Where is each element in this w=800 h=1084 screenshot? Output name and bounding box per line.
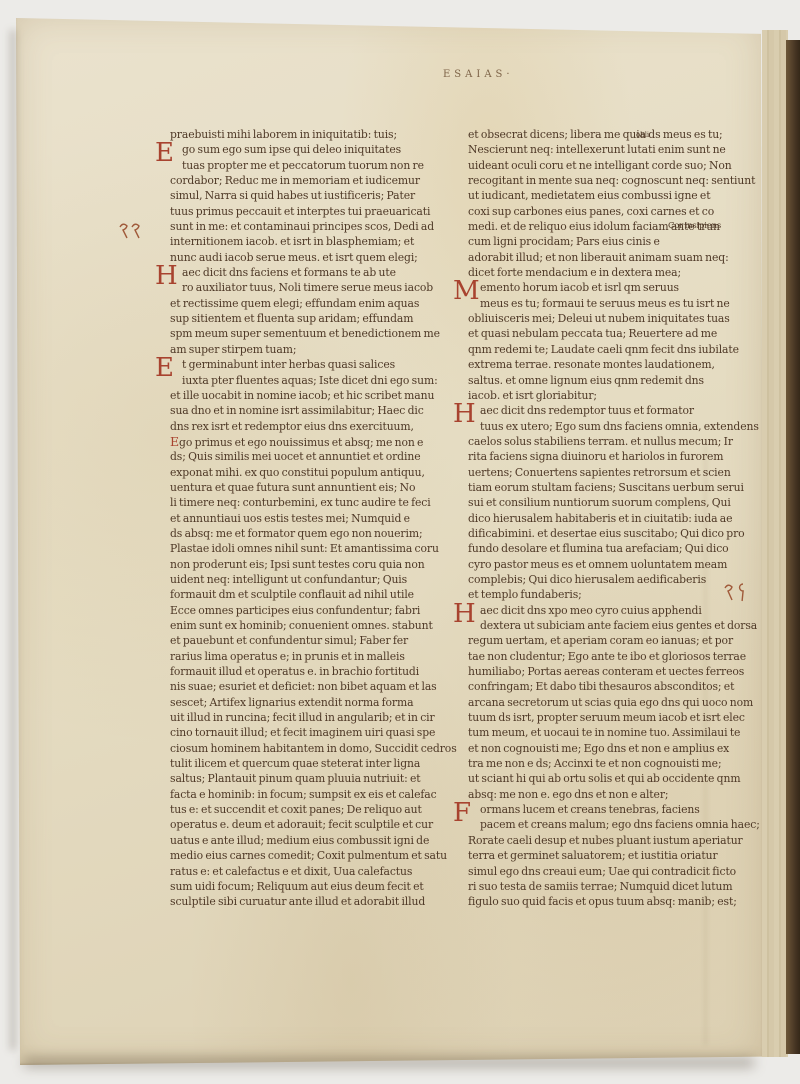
text-line: ut sciant hi qui ab ortu solis et qui ab…: [468, 771, 766, 786]
line-text: saltus. et omne lignum eius qnm redemit …: [468, 373, 704, 388]
text-line: caelos solus stabiliens terram. et nullu…: [468, 434, 766, 449]
line-text: internitionem iacob. et isrt in blasphem…: [170, 234, 414, 249]
line-text: tra me non e ds; Accinxi te et non cogno…: [468, 756, 722, 771]
line-text: Nescierunt neq: intellexerunt lutati eni…: [468, 142, 726, 157]
parchment-crease: [704, 445, 707, 1045]
text-line: confringam; Et dabo tibi thesauros absco…: [468, 679, 766, 694]
line-text: sui et consilium nuntiorum suorum comple…: [468, 495, 731, 510]
text-line: dificabimini. et desertae eius suscitabo…: [468, 526, 766, 541]
text-line: non proderunt eis; Ipsi sunt testes coru…: [170, 557, 468, 572]
manuscript-page: ESAIAS· praebuisti mihi laborem in iniqu…: [14, 15, 764, 1065]
line-text: tuus primus peccauit et interptes tui pr…: [170, 204, 430, 219]
column-right: et obsecrat dicens; libera me quia ds me…: [468, 127, 766, 910]
text-line: cino tornauit illud; et fecit imaginem u…: [170, 725, 468, 740]
text-line: iuxta pter fluentes aquas; Iste dicet dn…: [170, 373, 468, 388]
line-text: arcana secretorum ut scias quia ego dns …: [468, 695, 753, 710]
text-line: uideant oculi coru et ne intelligant cor…: [468, 158, 766, 173]
text-line: spm meum super sementuum et benedictione…: [170, 326, 468, 341]
text-line: uident neq: intelligunt ut confundantur;…: [170, 572, 468, 587]
text-line: li timere neq: conturbemini, ex tunc aud…: [170, 495, 468, 510]
line-text: ds absq: me et formator quem ego non nou…: [170, 526, 423, 541]
text-line: tuas propter me et peccatorum tuorum non…: [170, 158, 468, 173]
line-text: emento horum iacob et isrl qm seruus: [480, 280, 679, 295]
text-line: obliuisceris mei; Deleui ut nubem iniqui…: [468, 311, 766, 326]
line-text: dextera ut subiciam ante faciem eius gen…: [480, 618, 757, 633]
quire-mark-icon: [722, 581, 752, 603]
text-line: medio eius carnes comedit; Coxit pulment…: [170, 848, 468, 863]
text-line: arcana secretorum ut scias quia ego dns …: [468, 695, 766, 710]
text-line: dextera ut subiciam ante faciem eius gen…: [468, 618, 766, 633]
line-text: fundo desolare et flumina tua arefaciam;…: [468, 541, 729, 556]
line-text: tulit ilicem et quercum quae steterat in…: [170, 756, 420, 771]
text-line: regum uertam, et aperiam coram eo ianuas…: [468, 633, 766, 648]
line-text: nunc audi iacob serue meus. et isrt quem…: [170, 250, 418, 265]
text-line: tra me non e ds; Accinxi te et non cogno…: [468, 756, 766, 771]
text-line: facta e hominib: in focum; sumpsit ex ei…: [170, 787, 468, 802]
text-line: nunc audi iacob serue meus. et isrt quem…: [170, 250, 468, 265]
text-line: et obsecrat dicens; libera me quia ds me…: [468, 127, 766, 142]
photo-background: ESAIAS· praebuisti mihi laborem in iniqu…: [0, 0, 800, 1084]
line-text: sescet; Artifex lignarius extendit norma…: [170, 695, 413, 710]
line-text: uident neq: intelligunt ut confundantur;…: [170, 572, 407, 587]
line-text: meus es tu; formaui te seruus meus es tu…: [480, 296, 730, 311]
line-text: terra et germinet saluatorem; et iustiti…: [468, 848, 718, 863]
line-text: am super stirpem tuam;: [170, 342, 296, 357]
line-text: formauit illud et operatus e. in brachio…: [170, 664, 419, 679]
text-line: simul, Narra si quid habes ut iustificer…: [170, 188, 468, 203]
text-line: uertens; Conuertens sapientes retrorsum …: [468, 465, 766, 480]
text-line: sua dno et in nomine isrt assimilabitur;…: [170, 403, 468, 418]
line-text: tiam eorum stultam faciens; Suscitans ue…: [468, 480, 744, 495]
text-line: tae non cludentur; Ego ante te ibo et gl…: [468, 649, 766, 664]
text-line: formauit illud et operatus e. in brachio…: [170, 664, 468, 679]
line-text: simul, Narra si quid habes ut iustificer…: [170, 188, 415, 203]
line-text: saltus; Plantauit pinum quam pluuia nutr…: [170, 771, 421, 786]
line-text: spm meum super sementuum et benedictione…: [170, 326, 440, 341]
line-text: medio eius carnes comedit; Coxit pulment…: [170, 848, 447, 863]
text-line: rita faciens signa diuinoru et hariolos …: [468, 449, 766, 464]
text-line: tuus ex utero; Ego sum dns faciens omnia…: [468, 419, 766, 434]
line-text: Plastae idoli omnes nihil sunt: Et amant…: [170, 541, 439, 556]
line-text: Rorate caeli desup et nubes pluant iustu…: [468, 833, 743, 848]
line-text: aec dicit dns xpo meo cyro cuius apphend…: [480, 603, 702, 618]
text-line: Ecce omnes participes eius confundentur;…: [170, 603, 468, 618]
line-text: qnm redemi te; Laudate caeli qnm fecit d…: [468, 342, 739, 357]
text-line: ds absq: me et formator quem ego non nou…: [170, 526, 468, 541]
text-line: sunt in me: et contaminaui principes sco…: [170, 219, 468, 234]
line-text: cordabor; Reduc me in memoriam et iudice…: [170, 173, 420, 188]
line-text: sup sitientem et fluenta sup aridam; eff…: [170, 311, 413, 326]
line-text: cyro pastor meus es et omnem uoluntatem …: [468, 557, 727, 572]
text-line: uentura et quae futura sunt annuntient e…: [170, 480, 468, 495]
line-text: go sum ego sum ipse qui deleo iniquitate…: [182, 142, 401, 157]
text-line: Et germinabunt inter herbas quasi salice…: [170, 357, 468, 372]
line-text: et quasi nebulam peccata tua; Reuertere …: [468, 326, 717, 341]
line-text: dico hierusalem habitaberis et in ciuita…: [468, 511, 732, 526]
text-line: dico hierusalem habitaberis et in ciuita…: [468, 511, 766, 526]
interlinear-gloss: obli: [636, 131, 649, 139]
line-text: enim sunt ex hominib; conuenient omnes. …: [170, 618, 433, 633]
quire-mark-icon: [117, 221, 147, 241]
text-line: tum meum, et uocaui te in nomine tuo. As…: [468, 725, 766, 740]
line-text: sua dno et in nomine isrt assimilabitur;…: [170, 403, 424, 418]
text-line: Memento horum iacob et isrl qm seruus: [468, 280, 766, 295]
line-text: adorabit illud; et non liberauit animam …: [468, 250, 729, 265]
line-text: exponat mihi. ex quo constitui populum a…: [170, 465, 425, 480]
page-shadow: [24, 1058, 754, 1067]
line-text: ratus e: et calefactus e et dixit, Uua c…: [170, 864, 412, 879]
text-line: uatus e ante illud; medium eius combussi…: [170, 833, 468, 848]
text-line: ratus e: et calefactus e et dixit, Uua c…: [170, 864, 468, 879]
page-shadow: [10, 30, 16, 1050]
line-text: obliuisceris mei; Deleui ut nubem iniqui…: [468, 311, 730, 326]
line-text: et non cognouisti me; Ego dns et non e a…: [468, 741, 729, 756]
text-line: saltus. et omne lignum eius qnm redemit …: [468, 373, 766, 388]
line-text: et ille uocabit in nomine iacob; et hic …: [170, 388, 434, 403]
text-line: absq: me non e. ego dns et non e alter;: [468, 787, 766, 802]
text-line: figulo suo quid facis et opus tuum absq:…: [468, 894, 766, 909]
text-line: et quasi nebulam peccata tua; Reuertere …: [468, 326, 766, 341]
line-text: ciosum hominem habitantem in domo, Succi…: [170, 741, 457, 756]
text-line: meus es tu; formaui te seruus meus es tu…: [468, 296, 766, 311]
text-line: sup sitientem et fluenta sup aridam; eff…: [170, 311, 468, 326]
line-text: uertens; Conuertens sapientes retrorsum …: [468, 465, 731, 480]
line-text: uit illud in runcina; fecit illud in ang…: [170, 710, 435, 725]
text-line: qnm redemi te; Laudate caeli qnm fecit d…: [468, 342, 766, 357]
line-text: pacem et creans malum; ego dns faciens o…: [480, 817, 760, 832]
line-text: figulo suo quid facis et opus tuum absq:…: [468, 894, 737, 909]
text-line: dicet forte mendacium e in dextera mea;: [468, 265, 766, 280]
text-line: Ego primus et ego nouissimus et absq; me…: [170, 434, 468, 449]
line-text: aec dicit dns faciens et formans te ab u…: [182, 265, 396, 280]
line-text: ormans lucem et creans tenebras, faciens: [480, 802, 700, 817]
line-text: non proderunt eis; Ipsi sunt testes coru…: [170, 557, 425, 572]
line-text: absq: me non e. ego dns et non e alter;: [468, 787, 668, 802]
running-header: ESAIAS·: [443, 69, 514, 80]
line-text: dns rex isrt et redemptor eius dns exerc…: [170, 419, 414, 434]
line-text: cino tornauit illud; et fecit imaginem u…: [170, 725, 435, 740]
text-line: exponat mihi. ex quo constitui populum a…: [170, 465, 468, 480]
text-line: rarius lima operatus e; in prunis et in …: [170, 649, 468, 664]
line-text: complebis; Qui dico hierusalem aedificab…: [468, 572, 706, 587]
line-text: rita faciens signa diuinoru et hariolos …: [468, 449, 723, 464]
line-text: tuus ex utero; Ego sum dns faciens omnia…: [480, 419, 759, 434]
line-text: go primus et ego nouissimus et absq; me …: [179, 435, 423, 450]
line-text: et annuntiaui uos estis testes mei; Numq…: [170, 511, 410, 526]
text-line: Formans lucem et creans tenebras, facien…: [468, 802, 766, 817]
line-text: tus e: et succendit et coxit panes; De r…: [170, 802, 422, 817]
line-text: ri suo testa de samiis terrae; Numquid d…: [468, 879, 733, 894]
book-cover-edge: [786, 40, 800, 1054]
line-text: ro auxiliator tuus, Noli timere serue me…: [182, 280, 433, 295]
text-line: tuum ds isrt, propter seruum meum iacob …: [468, 710, 766, 725]
line-text: regum uertam, et aperiam coram eo ianuas…: [468, 633, 733, 648]
line-text: uideant oculi coru et ne intelligant cor…: [468, 158, 732, 173]
text-line: Haec dicit dns faciens et formans te ab …: [170, 265, 468, 280]
line-text: et templo fundaberis;: [468, 587, 582, 602]
line-text: uentura et quae futura sunt annuntient e…: [170, 480, 415, 495]
marginal-gloss: Cor insipiens: [668, 221, 721, 231]
line-text: ut iudicant, medietatem eius combussi ig…: [468, 188, 710, 203]
line-text: et obsecrat dicens; libera me quia ds me…: [468, 127, 723, 142]
line-text: facta e hominib: in focum; sumpsit ex ei…: [170, 787, 437, 802]
text-line: sui et consilium nuntiorum suorum comple…: [468, 495, 766, 510]
text-line: simul ego dns creaui eum; Uae qui contra…: [468, 864, 766, 879]
text-line: fundo desolare et flumina tua arefaciam;…: [468, 541, 766, 556]
text-line: Ego sum ego sum ipse qui deleo iniquitat…: [170, 142, 468, 157]
text-line: et rectissime quem elegi; effundam enim …: [170, 296, 468, 311]
text-line: Plastae idoli omnes nihil sunt: Et amant…: [170, 541, 468, 556]
line-text: caelos solus stabiliens terram. et nullu…: [468, 434, 733, 449]
text-line: cyro pastor meus es et omnem uoluntatem …: [468, 557, 766, 572]
text-line: tus e: et succendit et coxit panes; De r…: [170, 802, 468, 817]
line-text: ut sciant hi qui ab ortu solis et qui ab…: [468, 771, 740, 786]
rubric-initial-inline: E: [170, 434, 179, 449]
text-line: uit illud in runcina; fecit illud in ang…: [170, 710, 468, 725]
text-line: et annuntiaui uos estis testes mei; Numq…: [170, 511, 468, 526]
line-text: recogitant in mente sua neq: cognoscunt …: [468, 173, 755, 188]
line-text: et rectissime quem elegi; effundam enim …: [170, 296, 419, 311]
text-line: dns rex isrt et redemptor eius dns exerc…: [170, 419, 468, 434]
line-text: operatus e. deum et adorauit; fecit scul…: [170, 817, 433, 832]
text-line: pacem et creans malum; ego dns faciens o…: [468, 817, 766, 832]
line-text: sculptile sibi curuatur ante illud et ad…: [170, 894, 425, 909]
text-line: Haec dicit dns redemptor tuus et formato…: [468, 403, 766, 418]
line-text: formauit dm et sculptile conflauit ad ni…: [170, 587, 414, 602]
line-text: sunt in me: et contaminaui principes sco…: [170, 219, 434, 234]
text-line: ro auxiliator tuus, Noli timere serue me…: [170, 280, 468, 295]
line-text: cum ligni procidam; Pars eius cinis e: [468, 234, 660, 249]
line-text: Ecce omnes participes eius confundentur;…: [170, 603, 420, 618]
line-text: t germinabunt inter herbas quasi salices: [182, 357, 395, 372]
text-line: ciosum hominem habitantem in domo, Succi…: [170, 741, 468, 756]
text-line: cum ligni procidam; Pars eius cinis e: [468, 234, 766, 249]
text-line: coxi sup carbones eius panes, coxi carne…: [468, 204, 766, 219]
text-line: cordabor; Reduc me in memoriam et iudice…: [170, 173, 468, 188]
text-line: sescet; Artifex lignarius extendit norma…: [170, 695, 468, 710]
line-text: nis suae; esuriet et deficiet: non bibet…: [170, 679, 437, 694]
text-line: nis suae; esuriet et deficiet: non bibet…: [170, 679, 468, 694]
line-text: rarius lima operatus e; in prunis et in …: [170, 649, 405, 664]
text-line: ri suo testa de samiis terrae; Numquid d…: [468, 879, 766, 894]
text-line: terra et germinet saluatorem; et iustiti…: [468, 848, 766, 863]
line-text: humiliabo; Portas aereas conteram et uec…: [468, 664, 744, 679]
column-left: praebuisti mihi laborem in iniquitatib: …: [170, 127, 468, 910]
text-line: operatus e. deum et adorauit; fecit scul…: [170, 817, 468, 832]
line-text: tum meum, et uocaui te in nomine tuo. As…: [468, 725, 740, 740]
line-text: sum uidi focum; Reliquum aut eius deum f…: [170, 879, 424, 894]
text-line: Rorate caeli desup et nubes pluant iustu…: [468, 833, 766, 848]
line-text: tuas propter me et peccatorum tuorum non…: [182, 158, 424, 173]
line-text: praebuisti mihi laborem in iniquitatib: …: [170, 127, 397, 142]
text-line: et ille uocabit in nomine iacob; et hic …: [170, 388, 468, 403]
line-text: et pauebunt et confundentur simul; Faber…: [170, 633, 408, 648]
text-line: recogitant in mente sua neq: cognoscunt …: [468, 173, 766, 188]
line-text: li timere neq: conturbemini, ex tunc aud…: [170, 495, 431, 510]
text-line: enim sunt ex hominib; conuenient omnes. …: [170, 618, 468, 633]
text-line: extrema terrae. resonate montes laudatio…: [468, 357, 766, 372]
following-pages-edge: [762, 30, 788, 1057]
text-line: ut iudicant, medietatem eius combussi ig…: [468, 188, 766, 203]
text-line: tiam eorum stultam faciens; Suscitans ue…: [468, 480, 766, 495]
text-line: et pauebunt et confundentur simul; Faber…: [170, 633, 468, 648]
text-line: humiliabo; Portas aereas conteram et uec…: [468, 664, 766, 679]
text-line: sculptile sibi curuatur ante illud et ad…: [170, 894, 468, 909]
line-text: ds; Quis similis mei uocet et annuntiet …: [170, 449, 421, 464]
text-line: Haec dicit dns xpo meo cyro cuius apphen…: [468, 603, 766, 618]
line-text: dicet forte mendacium e in dextera mea;: [468, 265, 681, 280]
text-line: am super stirpem tuam;: [170, 342, 468, 357]
text-line: et non cognouisti me; Ego dns et non e a…: [468, 741, 766, 756]
line-text: extrema terrae. resonate montes laudatio…: [468, 357, 715, 372]
line-text: coxi sup carbones eius panes, coxi carne…: [468, 204, 714, 219]
text-line: adorabit illud; et non liberauit animam …: [468, 250, 766, 265]
line-text: uatus e ante illud; medium eius combussi…: [170, 833, 429, 848]
text-line: tulit ilicem et quercum quae steterat in…: [170, 756, 468, 771]
line-text: iacob. et isrt gloriabitur;: [468, 388, 597, 403]
text-line: tuus primus peccauit et interptes tui pr…: [170, 204, 468, 219]
text-line: iacob. et isrt gloriabitur;: [468, 388, 766, 403]
text-line: Nescierunt neq: intellexerunt lutati eni…: [468, 142, 766, 157]
text-line: formauit dm et sculptile conflauit ad ni…: [170, 587, 468, 602]
text-line: praebuisti mihi laborem in iniquitatib: …: [170, 127, 468, 142]
text-line: saltus; Plantauit pinum quam pluuia nutr…: [170, 771, 468, 786]
line-text: iuxta pter fluentes aquas; Iste dicet dn…: [182, 373, 438, 388]
line-text: confringam; Et dabo tibi thesauros absco…: [468, 679, 734, 694]
line-text: simul ego dns creaui eum; Uae qui contra…: [468, 864, 736, 879]
text-line: sum uidi focum; Reliquum aut eius deum f…: [170, 879, 468, 894]
text-line: ds; Quis similis mei uocet et annuntiet …: [170, 449, 468, 464]
line-text: aec dicit dns redemptor tuus et formator: [480, 403, 694, 418]
text-line: internitionem iacob. et isrt in blasphem…: [170, 234, 468, 249]
text-line: medi. et de reliquo eius idolum faciam a…: [468, 219, 766, 234]
